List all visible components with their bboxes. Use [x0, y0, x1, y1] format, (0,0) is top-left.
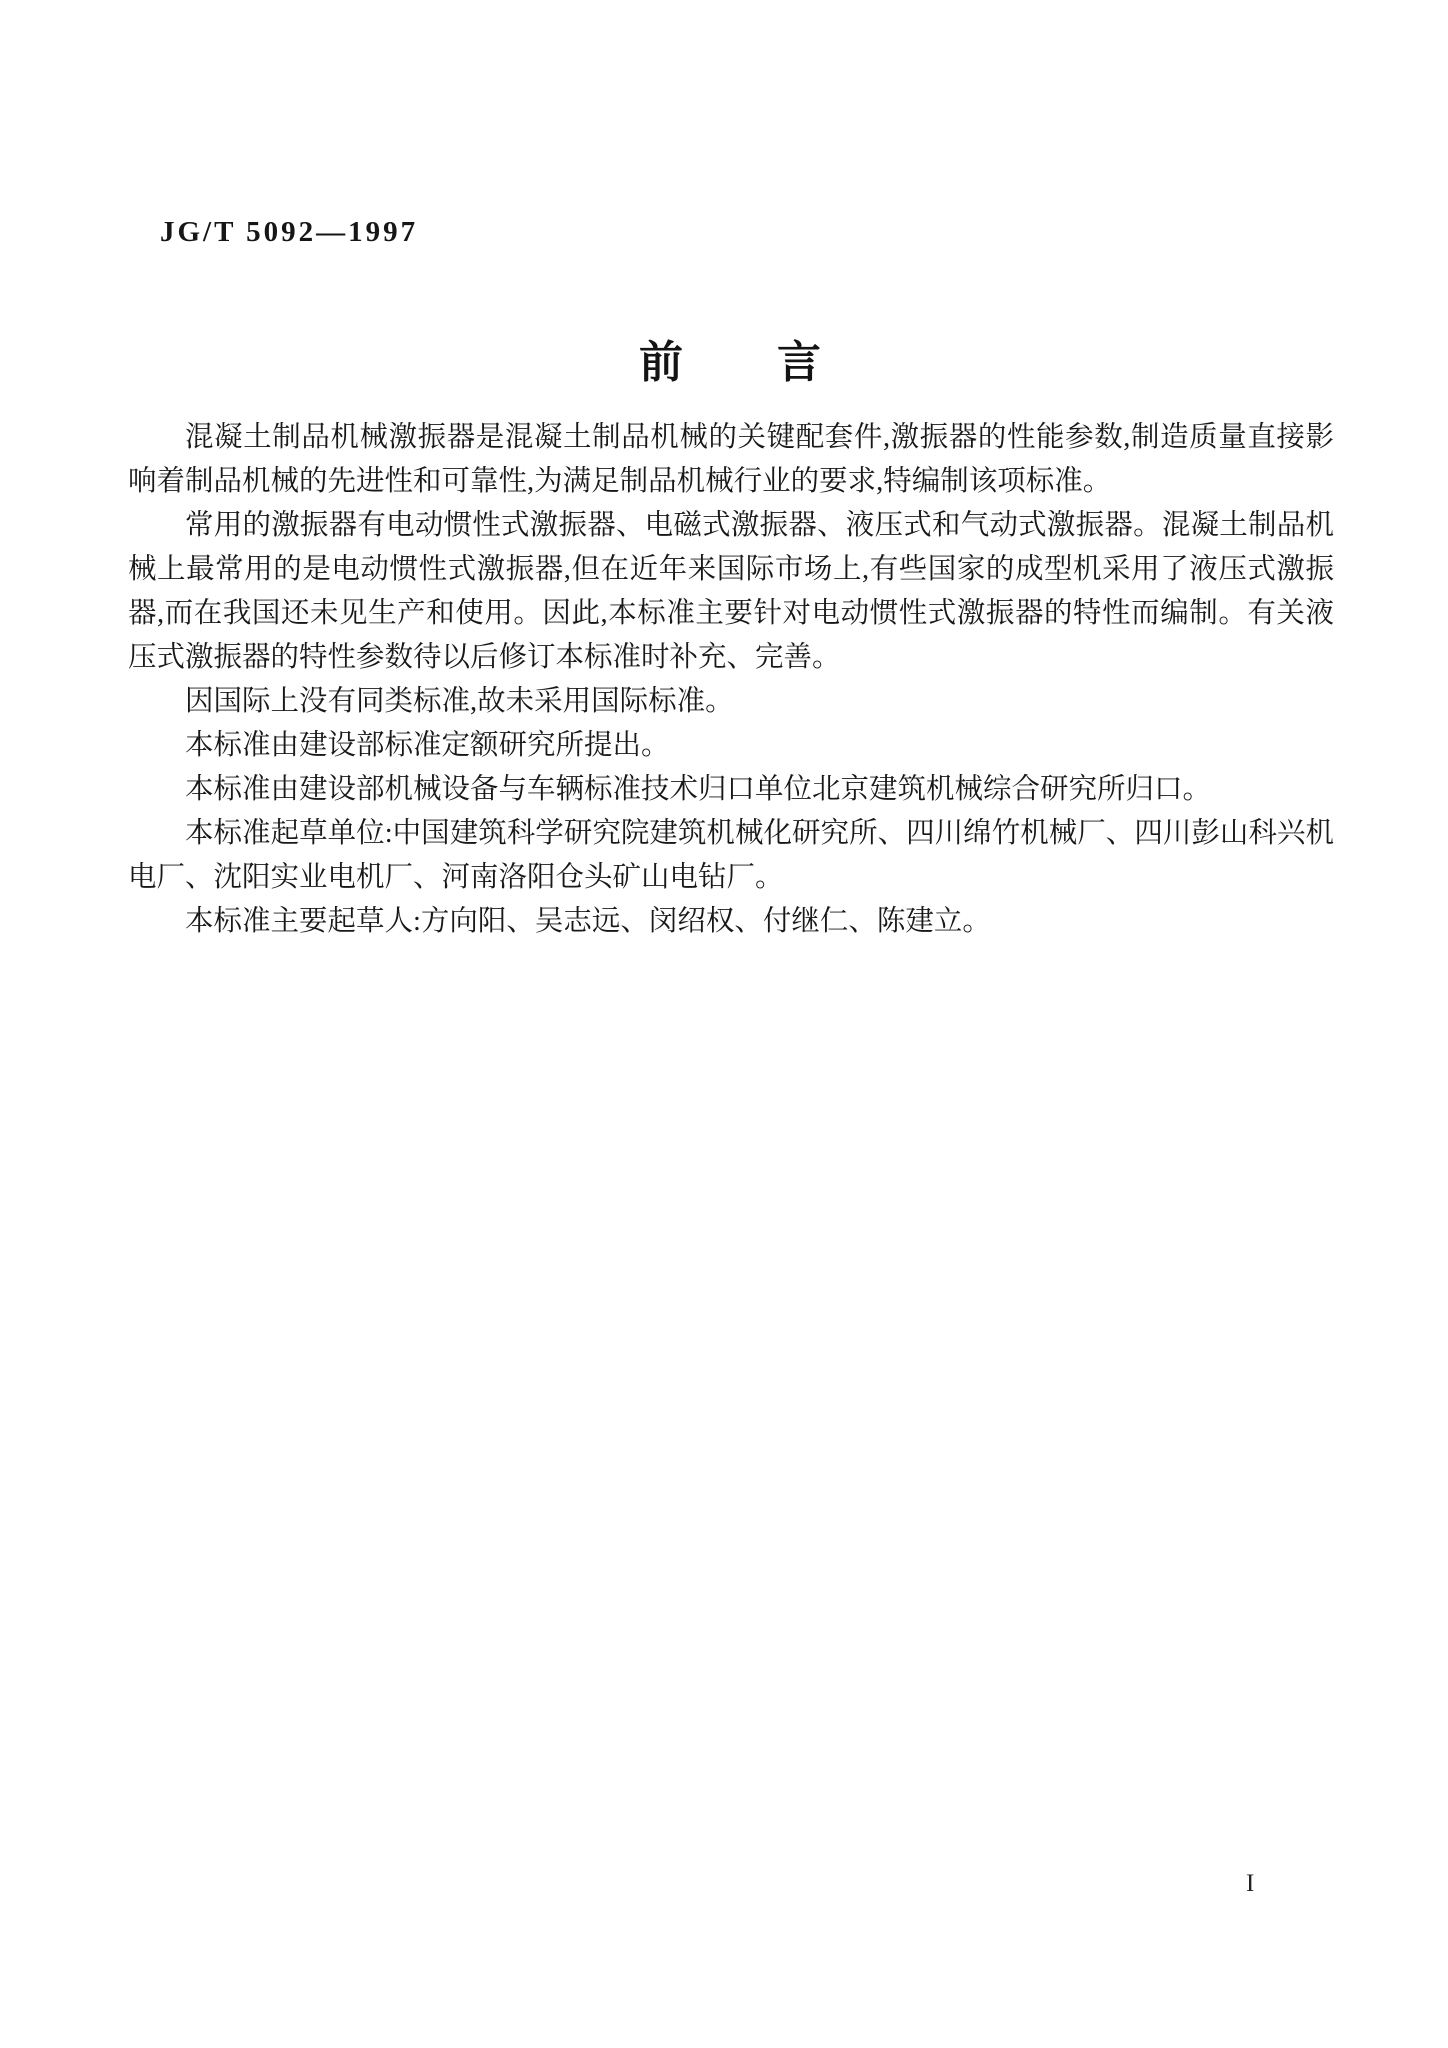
- page-number: I: [1246, 1870, 1254, 1898]
- document-page: JG/T 5092—1997 前 言 混凝土制品机械激振器是混凝土制品机械的关键…: [0, 0, 1448, 2048]
- body-paragraph: 本标准起草单位:中国建筑科学研究院建筑机械化研究所、四川绵竹机械厂、四川彭山科兴…: [128, 812, 1334, 900]
- body-paragraph: 本标准由建设部标准定额研究所提出。: [128, 724, 1334, 768]
- body-paragraph: 常用的激振器有电动惯性式激振器、电磁式激振器、液压式和气动式激振器。混凝土制品机…: [128, 504, 1334, 680]
- body-paragraph: 混凝土制品机械激振器是混凝土制品机械的关键配套件,激振器的性能参数,制造质量直接…: [128, 416, 1334, 504]
- body-paragraph: 本标准主要起草人:方向阳、吴志远、闵绍权、付继仁、陈建立。: [128, 900, 1334, 944]
- body-paragraph: 因国际上没有同类标准,故未采用国际标准。: [128, 680, 1334, 724]
- body-paragraph: 本标准由建设部机械设备与车辆标准技术归口单位北京建筑机械综合研究所归口。: [128, 768, 1334, 812]
- foreword-body: 混凝土制品机械激振器是混凝土制品机械的关键配套件,激振器的性能参数,制造质量直接…: [128, 416, 1334, 944]
- page-title: 前 言: [128, 326, 1334, 390]
- standard-number: JG/T 5092—1997: [160, 216, 418, 249]
